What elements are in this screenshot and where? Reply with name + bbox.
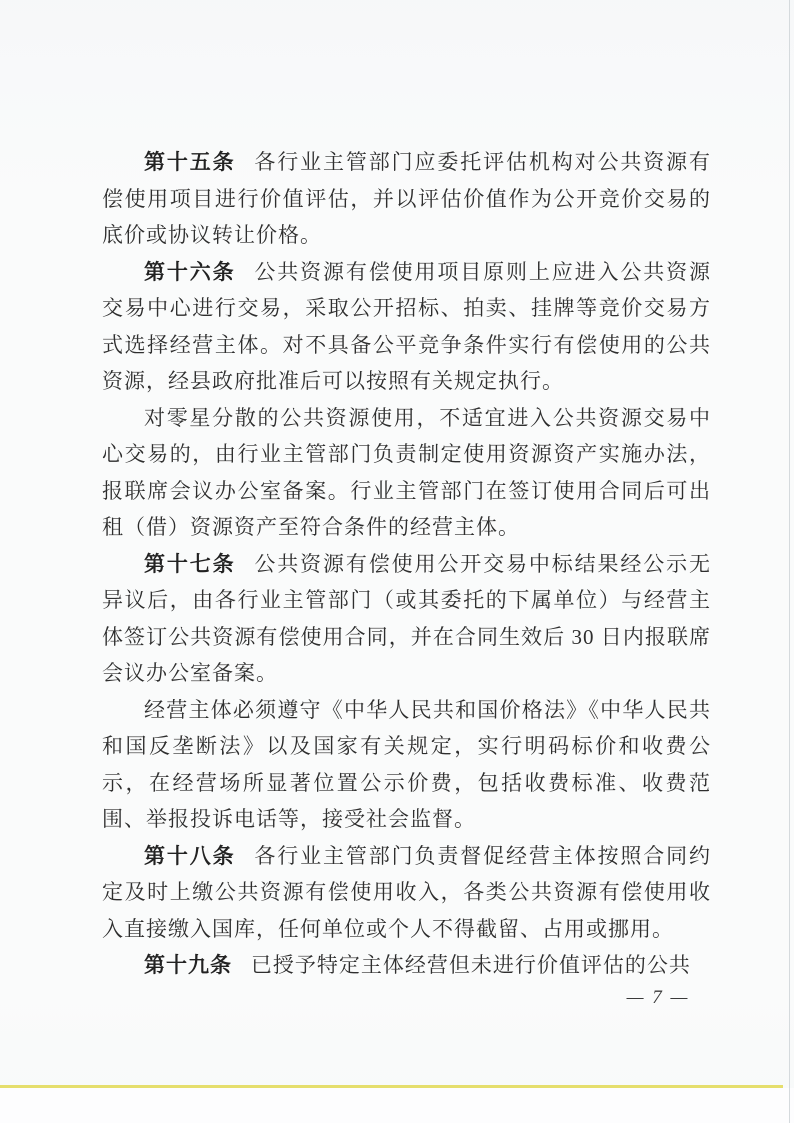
paper-edge-line: [0, 1085, 783, 1088]
paper-stack-edge: [0, 1088, 794, 1123]
article-19-text: 已授予特定主体经营但未进行价值评估的公共: [251, 953, 691, 977]
paragraph-operator-obligations: 经营主体必须遵守《中华人民共和国价格法》《中华人民共和国反垄断法》以及国家有关规…: [102, 692, 711, 838]
paragraph-article-19: 第十九条已授予特定主体经营但未进行价值评估的公共: [102, 947, 711, 984]
operator-obligations-text: 经营主体必须遵守《中华人民共和国价格法》《中华人民共和国反垄断法》以及国家有关规…: [102, 698, 711, 832]
article-18-label: 第十八条: [144, 844, 236, 868]
scan-edge-line: [789, 0, 790, 1123]
paragraph-article-16: 第十六条公共资源有偿使用项目原则上应进入公共资源交易中心进行交易，采取公开招标、…: [102, 254, 711, 400]
article-17-label: 第十七条: [144, 552, 236, 576]
document-page: 第十五条各行业主管部门应委托评估机构对公共资源有偿使用项目进行价值评估，并以评估…: [0, 0, 794, 1123]
document-body: 第十五条各行业主管部门应委托评估机构对公共资源有偿使用项目进行价值评估，并以评估…: [102, 144, 711, 984]
paragraph-article-15: 第十五条各行业主管部门应委托评估机构对公共资源有偿使用项目进行价值评估，并以评估…: [102, 144, 711, 254]
article-15-label: 第十五条: [144, 150, 236, 174]
article-19-label: 第十九条: [144, 953, 232, 977]
scattered-resources-text: 对零星分散的公共资源使用，不适宜进入公共资源交易中心交易的，由行业主管部门负责制…: [102, 406, 711, 540]
page-number: — 7 —: [608, 983, 708, 1013]
paragraph-article-17: 第十七条公共资源有偿使用公开交易中标结果经公示无异议后，由各行业主管部门（或其委…: [102, 546, 711, 692]
paragraph-article-18: 第十八条各行业主管部门负责督促经营主体按照合同约定及时上缴公共资源有偿使用收入，…: [102, 838, 711, 948]
article-16-label: 第十六条: [144, 260, 236, 284]
paragraph-scattered-resources: 对零星分散的公共资源使用，不适宜进入公共资源交易中心交易的，由行业主管部门负责制…: [102, 400, 711, 546]
